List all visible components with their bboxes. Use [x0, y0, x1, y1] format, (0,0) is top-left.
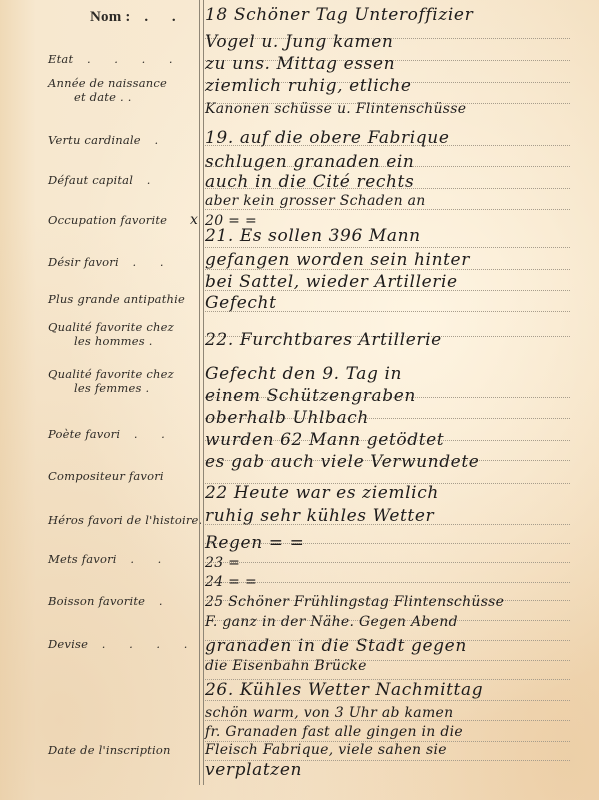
leader-dots: . . . . [88, 637, 197, 651]
label-text: Boisson favorite [48, 594, 145, 608]
handwritten-line: Gefecht [205, 293, 595, 313]
form-label-compositeur: Compositeur favori [48, 469, 198, 483]
handwritten-line: gefangen worden sein hinter [205, 250, 595, 270]
form-label-column: Nom : . .Etat . . . .Année de naissancee… [0, 0, 199, 800]
handwritten-line: zu uns. Mittag essen [205, 54, 595, 74]
form-label-defaut: Défaut capital . [48, 173, 198, 187]
label-text: Année de naissance [48, 76, 167, 90]
handwritten-line: 22 Heute war es ziemlich [205, 483, 595, 503]
form-label-poete: Poète favori . . [48, 427, 198, 441]
handwritten-line: bei Sattel, wieder Artillerie [205, 272, 595, 292]
label-text: Compositeur favori [48, 469, 164, 483]
form-label-mets: Mets favori . . [48, 552, 198, 566]
label-text: Date de l'inscription [48, 743, 171, 757]
leader-dots: . . [120, 427, 175, 441]
dotted-rule [205, 700, 570, 701]
form-label-qualite-femmes: Qualité favorite chezles femmes . [48, 367, 198, 395]
form-label-heros: Héros favori de l'histoire. [48, 513, 198, 527]
leader-dots: . . . . [73, 52, 182, 66]
document-page: Nom : . .Etat . . . .Année de naissancee… [0, 0, 599, 800]
label-text: Héros favori de l'histoire. [48, 513, 202, 527]
handwritten-line: schlugen granaden ein [205, 152, 595, 172]
handwritten-line: ruhig sehr kühles Wetter [205, 506, 595, 526]
label-text: Devise [48, 637, 88, 651]
label-subtext: les femmes . [48, 381, 198, 395]
form-label-occupation: Occupation favorite [48, 213, 198, 227]
form-label-devise: Devise . . . . [48, 637, 198, 651]
label-text: Etat [48, 52, 73, 66]
leader-dots: . [141, 133, 168, 147]
handwritten-line: Regen = = [205, 533, 595, 553]
handwritten-line: 25 Schöner Frühlingstag Flintenschüsse [205, 592, 595, 612]
handwritten-line: oberhalb Uhlbach [205, 408, 595, 428]
margin-x-mark: x [190, 212, 198, 228]
label-text: Plus grande antipathie [48, 292, 185, 306]
label-subtext: et date . . [48, 90, 198, 104]
handwritten-line: es gab auch viele Verwundete [205, 452, 595, 472]
leader-dots: . . [119, 255, 174, 269]
handwritten-line: Kanonen schüsse u. Flintenschüsse [205, 99, 595, 119]
form-label-date-inscription: Date de l'inscription [48, 743, 198, 757]
handwritten-line: 21. Es sollen 396 Mann [205, 226, 595, 246]
form-label-antipathie: Plus grande antipathie [48, 292, 198, 306]
handwritten-line: 24 = = [205, 572, 595, 592]
label-text: Qualité favorite chez [48, 320, 174, 334]
handwritten-line: Vogel u. Jung kamen [205, 32, 595, 52]
handwritten-line: verplatzen [205, 760, 595, 780]
form-label-etat: Etat . . . . [48, 52, 198, 66]
handwritten-line: 26. Kühles Wetter Nachmittag [205, 680, 595, 700]
handwritten-line: einem Schützengraben [205, 386, 595, 406]
leader-dots: . [133, 173, 160, 187]
handwritten-line: fr. Granaden fast alle gingen in die [205, 722, 595, 742]
form-label-vertu: Vertu cardinale . [48, 133, 198, 147]
handwritten-line: 18 Schöner Tag Unteroffizier [205, 5, 595, 25]
column-divider [199, 0, 204, 785]
handwritten-line: auch in die Cité rechts [205, 172, 595, 192]
handwritten-line: 22. Furchtbares Artillerie [205, 330, 595, 350]
form-label-annee: Année de naissanceet date . . [48, 76, 198, 104]
handwritten-line: F. ganz in der Nähe. Gegen Abend [205, 612, 595, 632]
label-subtext: les hommes . [48, 334, 198, 348]
label-text: Désir favori [48, 255, 119, 269]
leader-dots: . [145, 594, 172, 608]
handwritten-line: 19. auf die obere Fabrique [205, 128, 595, 148]
label-text: Qualité favorite chez [48, 367, 174, 381]
label-text: Mets favori [48, 552, 117, 566]
handwritten-line: 23 = [205, 553, 595, 573]
handwritten-line: die Eisenbahn Brücke [205, 656, 595, 676]
handwritten-line: schön warm, von 3 Uhr ab kamen [205, 703, 595, 723]
label-text: Nom : [90, 9, 131, 25]
dotted-rule [205, 247, 570, 248]
handwritten-line: Gefecht den 9. Tag in [205, 364, 595, 384]
form-label-desir: Désir favori . . [48, 255, 198, 269]
handwritten-line: ziemlich ruhig, etliche [205, 76, 595, 96]
label-text: Vertu cardinale [48, 133, 141, 147]
handwritten-line: granaden in die Stadt gegen [205, 636, 595, 656]
label-text: Poète favori [48, 427, 120, 441]
label-text: Occupation favorite [48, 213, 167, 227]
label-text: Défaut capital [48, 173, 133, 187]
handwritten-line: wurden 62 Mann getödtet [205, 430, 595, 450]
handwritten-line: aber kein grosser Schaden an [205, 191, 595, 211]
handwritten-line: Fleisch Fabrique, viele sahen sie [205, 740, 595, 760]
leader-dots: . . [131, 9, 186, 25]
leader-dots: . . [117, 552, 172, 566]
form-label-boisson: Boisson favorite . [48, 594, 198, 608]
form-label-qualite-hommes: Qualité favorite chezles hommes . [48, 320, 198, 348]
